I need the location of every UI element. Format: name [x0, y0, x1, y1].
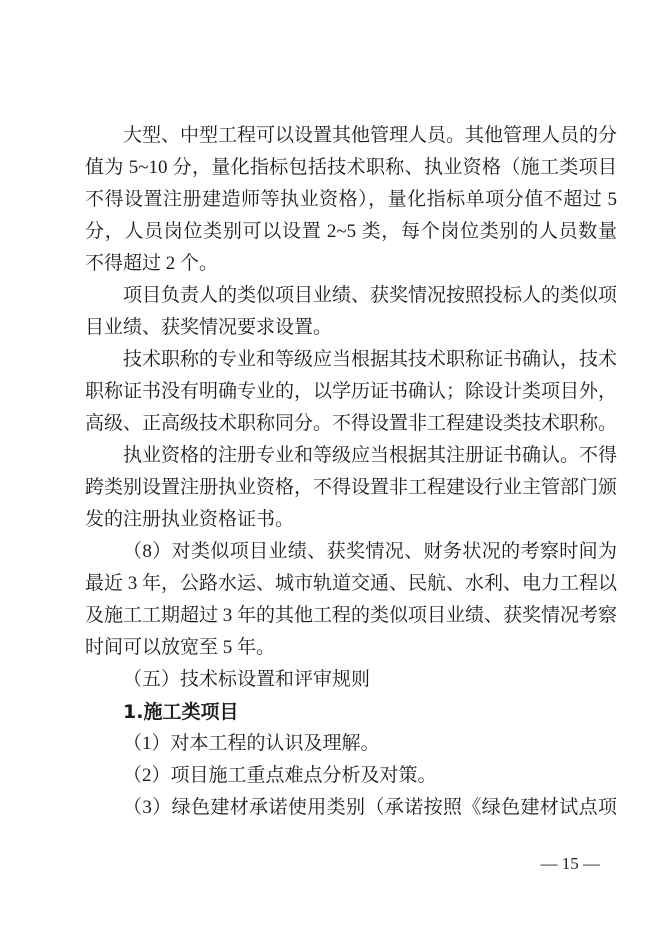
text-line: （1）对本工程的认识及理解。: [85, 728, 617, 760]
text-line: 值为 5~10 分，量化指标包括技术职称、执业资格（施工类项目: [85, 152, 617, 184]
text-line: 技术职称的专业和等级应当根据其技术职称证书确认，技术: [85, 344, 617, 376]
text-line: 目业绩、获奖情况要求设置。: [85, 312, 617, 344]
paragraph: 执业资格的注册专业和等级应当根据其注册证书确认。不得跨类别设置注册执业资格，不得…: [85, 440, 617, 536]
text-line: （3）绿色建材承诺使用类别（承诺按照《绿色建材试点项: [85, 792, 617, 824]
text-line: 及施工工期超过 3 年的其他工程的类似项目业绩、获奖情况考察: [85, 600, 617, 632]
text-line: （五）技术标设置和评审规则: [85, 664, 617, 696]
text-line: 发的注册执业资格证书。: [85, 504, 617, 536]
text-line: 职称证书没有明确专业的，以学历证书确认；除设计类项目外，: [85, 376, 617, 408]
paragraph: 项目负责人的类似项目业绩、获奖情况按照投标人的类似项目业绩、获奖情况要求设置。: [85, 280, 617, 344]
text-line: 分，人员岗位类别可以设置 2~5 类，每个岗位类别的人员数量: [85, 216, 617, 248]
text-line: 不得设置注册建造师等执业资格），量化指标单项分值不超过 5: [85, 184, 617, 216]
page-number: — 15 —: [541, 854, 601, 874]
paragraph: （3）绿色建材承诺使用类别（承诺按照《绿色建材试点项: [85, 792, 617, 824]
paragraph: 大型、中型工程可以设置其他管理人员。其他管理人员的分值为 5~10 分，量化指标…: [85, 120, 617, 280]
text-line: 1.施工类项目: [85, 696, 617, 728]
document-page: 大型、中型工程可以设置其他管理人员。其他管理人员的分值为 5~10 分，量化指标…: [0, 0, 670, 942]
paragraph: 技术职称的专业和等级应当根据其技术职称证书确认，技术职称证书没有明确专业的，以学…: [85, 344, 617, 440]
paragraph: （1）对本工程的认识及理解。: [85, 728, 617, 760]
paragraph: （五）技术标设置和评审规则: [85, 664, 617, 696]
text-line: 跨类别设置注册执业资格，不得设置非工程建设行业主管部门颁: [85, 472, 617, 504]
text-line: 时间可以放宽至 5 年。: [85, 632, 617, 664]
text-line: 最近 3 年，公路水运、城市轨道交通、民航、水利、电力工程以: [85, 568, 617, 600]
paragraph: （8）对类似项目业绩、获奖情况、财务状况的考察时间为最近 3 年，公路水运、城市…: [85, 536, 617, 664]
paragraph: 1.施工类项目: [85, 696, 617, 728]
text-line: 执业资格的注册专业和等级应当根据其注册证书确认。不得: [85, 440, 617, 472]
text-line: （2）项目施工重点难点分析及对策。: [85, 760, 617, 792]
paragraph: （2）项目施工重点难点分析及对策。: [85, 760, 617, 792]
text-line: 不得超过 2 个。: [85, 248, 617, 280]
text-line: 大型、中型工程可以设置其他管理人员。其他管理人员的分: [85, 120, 617, 152]
document-body: 大型、中型工程可以设置其他管理人员。其他管理人员的分值为 5~10 分，量化指标…: [85, 120, 617, 824]
text-line: （8）对类似项目业绩、获奖情况、财务状况的考察时间为: [85, 536, 617, 568]
text-line: 项目负责人的类似项目业绩、获奖情况按照投标人的类似项: [85, 280, 617, 312]
text-line: 高级、正高级技术职称同分。不得设置非工程建设类技术职称。: [85, 408, 617, 440]
